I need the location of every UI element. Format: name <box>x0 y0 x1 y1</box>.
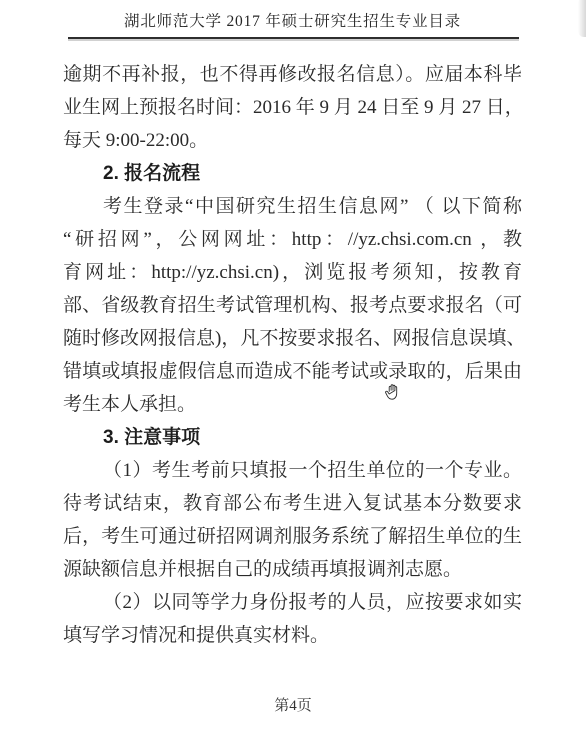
document-body: 逾期不再补报，也不得再修改报名信息）。应届本科毕 业生网上预报名时间：2016 … <box>63 58 522 652</box>
document-page: 湖北师范大学 2017 年硕士研究生招生专业目录 逾期不再补报，也不得再修改报名… <box>0 0 586 743</box>
body-text-line: 错填或填报虚假信息而造成不能考试或录取的，后果由 <box>63 355 522 388</box>
page-number: 第4页 <box>0 695 586 717</box>
body-text-line: 后，考生可通过研招网调剂服务系统了解招生单位的生 <box>63 520 522 553</box>
body-text-line: 填写学习情况和提供真实材料。 <box>63 619 522 652</box>
section-heading-notes: 3. 注意事项 <box>63 421 522 454</box>
section-heading-registration-process: 2. 报名流程 <box>63 157 522 190</box>
header-divider <box>68 37 519 39</box>
body-text-line: （2）以同等学力身份报考的人员，应按要求如实 <box>63 586 522 619</box>
body-text-line: 育网址：http://yz.chsi.cn)，浏览报考须知，按教育 <box>63 256 522 289</box>
body-text-line: 考生登录“中国研究生招生信息网” （ 以下简称 <box>63 190 522 223</box>
body-text-line: “研招网”，公网网址：http：//yz.chsi.com.cn ，教 <box>63 223 522 256</box>
page-title: 湖北师范大学 2017 年硕士研究生招生专业目录 <box>63 10 522 34</box>
body-text-line: 每天 9:00-22:00。 <box>63 124 522 157</box>
body-text-line: 逾期不再补报，也不得再修改报名信息）。应届本科毕 <box>63 58 522 91</box>
scrollbar-thumb[interactable] <box>578 0 586 37</box>
body-text-line: 源缺额信息并根据自己的成绩再填报调剂志愿。 <box>63 553 522 586</box>
body-text-line: 随时修改网报信息)，凡不按要求报名、网报信息误填、 <box>63 322 522 355</box>
body-text-line: 考生本人承担。 <box>63 388 522 421</box>
body-text-line: 部、省级教育招生考试管理机构、报考点要求报名（可 <box>63 289 522 322</box>
body-text-line: 业生网上预报名时间：2016 年 9 月 24 日至 9 月 27 日， <box>63 91 522 124</box>
body-text-line: （1）考生考前只填报一个招生单位的一个专业。 <box>63 454 522 487</box>
body-text-line: 待考试结束，教育部公布考生进入复试基本分数要求 <box>63 487 522 520</box>
